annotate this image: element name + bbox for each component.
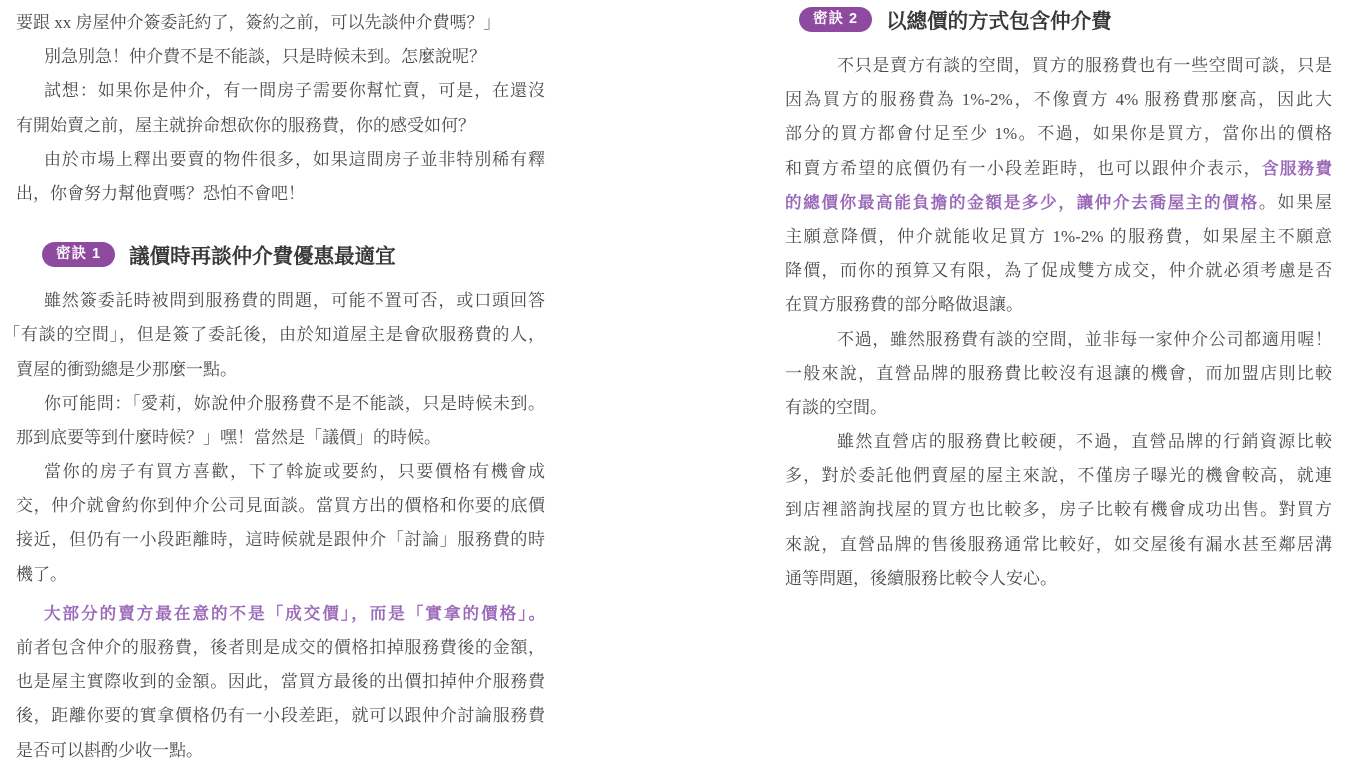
text-line: 有開始賣之前，屋主就拚命想砍你的服務費，你的感受如何？ — [16, 109, 545, 143]
text-line: 的總價你最高能負擔的金額是多少，讓仲介去喬屋主的價格。如果屋 — [785, 186, 1332, 220]
body-text: 通等問題，後續服務比較令人安心。 — [785, 569, 1057, 588]
body-text: 那到底要等到什麼時候？」嘿！當然是「議價」的時候。 — [16, 428, 441, 447]
body-text: 來說，直營品牌的售後服務通常比較好，如交屋後有漏水甚至鄰居溝 — [785, 535, 1332, 554]
body-text: 後，距離你要的實拿價格仍有一小段差距，就可以跟仲介討論服務費 — [16, 706, 545, 725]
body-text: 你可能問：「愛莉，妳說仲介服務費不是不能談，只是時候未到。 — [44, 394, 545, 413]
text-line: 不過，雖然服務費有談的空間，並非每一家仲介公司都適用喔！ — [785, 323, 1332, 357]
body-text: 是否可以斟酌少收一點。 — [16, 741, 203, 760]
text-line: 你可能問：「愛莉，妳說仲介服務費不是不能談，只是時候未到。 — [16, 387, 545, 421]
text-line: 一般來說，直營品牌的服務費比較沒有退讓的機會，而加盟店則比較 — [785, 357, 1332, 391]
text-line: 和賣方希望的底價仍有一小段差距時，也可以跟仲介表示，含服務費 — [785, 152, 1332, 186]
body-text: 雖然直營店的服務費比較硬，不過，直營品牌的行銷資源比較 — [837, 432, 1332, 451]
body-text: 。如果屋 — [1259, 193, 1332, 212]
text-line: 試想：如果你是仲介，有一間房子需要你幫忙賣，可是，在還沒 — [16, 74, 545, 108]
text-line: 主願意降價，仲介就能收足買方 1%-2% 的服務費，如果屋主不願意 — [785, 220, 1332, 254]
body-text: 到店裡諮詢找屋的買方也比較多，房子比較有機會成功出售。對買方 — [785, 500, 1332, 519]
emphasis-text: 大部分的賣方最在意的不是「成交價」，而是「實拿的價格」。 — [44, 605, 545, 623]
body-text: 交，仲介就會約你到仲介公司見面談。當買方出的價格和你要的底價 — [16, 496, 545, 515]
section-heading: 密訣 1議價時再談仲介費優惠最適宜 — [42, 241, 545, 267]
text-line: 因為買方的服務費為 1%-2%，不像賣方 4% 服務費那麼高，因此大 — [785, 83, 1332, 117]
text-line: 是否可以斟酌少收一點。 — [16, 734, 545, 768]
text-line: 交，仲介就會約你到仲介公司見面談。當買方出的價格和你要的底價 — [16, 489, 545, 523]
text-line: 後，距離你要的實拿價格仍有一小段差距，就可以跟仲介討論服務費 — [16, 699, 545, 733]
text-line: 接近，但仍有一小段距離時，這時候就是跟仲介「討論」服務費的時 — [16, 523, 545, 557]
body-text: 出，你會努力幫他賣嗎？恐怕不會吧！ — [16, 184, 305, 203]
paragraph-block: 大部分的賣方最在意的不是「成交價」，而是「實拿的價格」。前者包含仲介的服務費，後… — [16, 597, 545, 768]
body-text: 賣屋的衝勁總是少那麼一點。 — [16, 360, 237, 379]
text-line: 雖然簽委託時被問到服務費的問題，可能不置可否，或口頭回答 — [16, 284, 545, 318]
body-text: 接近，但仍有一小段距離時，這時候就是跟仲介「討論」服務費的時 — [16, 530, 545, 549]
text-line: 多，對於委託他們賣屋的屋主來說，不僅房子曝光的機會較高，就連 — [785, 459, 1332, 493]
section-title: 以總價的方式包含仲介費 — [886, 4, 1112, 34]
text-line: 也是屋主實際收到的金額。因此，當買方最後的出價扣掉仲介服務費 — [16, 665, 545, 699]
section-title: 議價時再談仲介費優惠最適宜 — [129, 239, 396, 269]
body-text: 要跟 xx 房屋仲介簽委託約了，簽約之前，可以先談仲介費嗎？」 — [16, 13, 501, 32]
text-line: 那到底要等到什麼時候？」嘿！當然是「議價」的時候。 — [16, 421, 545, 455]
body-text: 和賣方希望的底價仍有一小段差距時，也可以跟仲介表示， — [785, 159, 1262, 178]
text-line: 到店裡諮詢找屋的買方也比較多，房子比較有機會成功出售。對買方 — [785, 493, 1332, 527]
column-right: 密訣 2以總價的方式包含仲介費不只是賣方有談的空間，買方的服務費也有一些空間可談… — [785, 6, 1332, 596]
book-page: 要跟 xx 房屋仲介簽委託約了，簽約之前，可以先談仲介費嗎？」別急別急！仲介費不… — [0, 0, 1359, 772]
text-line: 雖然直營店的服務費比較硬，不過，直營品牌的行銷資源比較 — [785, 425, 1332, 459]
paragraph-block: 要跟 xx 房屋仲介簽委託約了，簽約之前，可以先談仲介費嗎？」別急別急！仲介費不… — [16, 6, 545, 211]
text-line: 部分的買方都會付足至少 1%。不過，如果你是買方，當你出的價格 — [785, 117, 1332, 151]
text-line: 降價，而你的預算又有限，為了促成雙方成交，仲介就必須考慮是否 — [785, 254, 1332, 288]
text-line: 有談的空間。 — [785, 391, 1332, 425]
text-line: 要跟 xx 房屋仲介簽委託約了，簽約之前，可以先談仲介費嗎？」 — [16, 6, 545, 40]
text-line: 在買方服務費的部分略做退讓。 — [785, 288, 1332, 322]
body-text: 一般來說，直營品牌的服務費比較沒有退讓的機會，而加盟店則比較 — [785, 364, 1332, 383]
text-line: 別急別急！仲介費不是不能談，只是時候未到。怎麼說呢？ — [16, 40, 545, 74]
body-text: 試想：如果你是仲介，有一間房子需要你幫忙賣，可是，在還沒 — [44, 81, 545, 100]
text-line: 出，你會努力幫他賣嗎？恐怕不會吧！ — [16, 177, 545, 211]
text-line: 通等問題，後續服務比較令人安心。 — [785, 562, 1332, 596]
column-left: 要跟 xx 房屋仲介簽委託約了，簽約之前，可以先談仲介費嗎？」別急別急！仲介費不… — [16, 6, 545, 768]
text-line: 機了。 — [16, 558, 545, 592]
body-text: 有談的空間。 — [785, 398, 887, 417]
body-text: 主願意降價，仲介就能收足買方 1%-2% 的服務費，如果屋主不願意 — [785, 227, 1332, 246]
paragraph-block: 不只是賣方有談的空間，買方的服務費也有一些空間可談，只是因為買方的服務費為 1%… — [785, 49, 1332, 596]
body-text: 機了。 — [16, 565, 67, 584]
body-text: 有開始賣之前，屋主就拚命想砍你的服務費，你的感受如何？ — [16, 116, 475, 135]
body-text: 也是屋主實際收到的金額。因此，當買方最後的出價扣掉仲介服務費 — [16, 672, 545, 691]
secret-tip-badge: 密訣 1 — [42, 242, 115, 267]
body-text: 由於市場上釋出要賣的物件很多，如果這間房子並非特別稀有釋 — [44, 150, 545, 169]
body-text: 因為買方的服務費為 1%-2%，不像賣方 4% 服務費那麼高，因此大 — [785, 90, 1332, 109]
body-text: 前者包含仲介的服務費，後者則是成交的價格扣掉服務費後的金額， — [16, 638, 545, 657]
text-line: 不只是賣方有談的空間，買方的服務費也有一些空間可談，只是 — [785, 49, 1332, 83]
body-text: 別急別急！仲介費不是不能談，只是時候未到。怎麼說呢？ — [44, 47, 486, 66]
paragraph-block: 雖然簽委託時被問到服務費的問題，可能不置可否，或口頭回答「有談的空間」，但是簽了… — [16, 284, 545, 592]
text-line: 前者包含仲介的服務費，後者則是成交的價格扣掉服務費後的金額， — [16, 631, 545, 665]
text-line: 「有談的空間」，但是簽了委託後，由於知道屋主是會砍服務費的人， — [3, 318, 545, 352]
emphasis-text: 含服務費 — [1262, 160, 1332, 178]
body-text: 雖然簽委託時被問到服務費的問題，可能不置可否，或口頭回答 — [44, 291, 545, 310]
body-text: 「有談的空間」，但是簽了委託後，由於知道屋主是會砍服務費的人， — [3, 325, 545, 344]
secret-tip-badge: 密訣 2 — [799, 7, 872, 32]
text-line: 賣屋的衝勁總是少那麼一點。 — [16, 353, 545, 387]
body-text: 部分的買方都會付足至少 1%。不過，如果你是買方，當你出的價格 — [785, 124, 1332, 143]
body-text: 不只是賣方有談的空間，買方的服務費也有一些空間可談，只是 — [837, 56, 1332, 75]
text-line: 來說，直營品牌的售後服務通常比較好，如交屋後有漏水甚至鄰居溝 — [785, 528, 1332, 562]
body-text: 不過，雖然服務費有談的空間，並非每一家仲介公司都適用喔！ — [837, 330, 1332, 349]
body-text: 降價，而你的預算又有限，為了促成雙方成交，仲介就必須考慮是否 — [785, 261, 1332, 280]
body-text: 多，對於委託他們賣屋的屋主來說，不僅房子曝光的機會較高，就連 — [785, 466, 1332, 485]
section-heading: 密訣 2以總價的方式包含仲介費 — [799, 6, 1332, 32]
text-line: 由於市場上釋出要賣的物件很多，如果這間房子並非特別稀有釋 — [16, 143, 545, 177]
body-text: 當你的房子有買方喜歡，下了斡旋或要約，只要價格有機會成 — [44, 462, 545, 481]
emphasis-text: 的總價你最高能負擔的金額是多少，讓仲介去喬屋主的價格 — [785, 194, 1259, 212]
text-line: 大部分的賣方最在意的不是「成交價」，而是「實拿的價格」。 — [16, 597, 545, 631]
body-text: 在買方服務費的部分略做退讓。 — [785, 295, 1023, 314]
text-line: 當你的房子有買方喜歡，下了斡旋或要約，只要價格有機會成 — [16, 455, 545, 489]
